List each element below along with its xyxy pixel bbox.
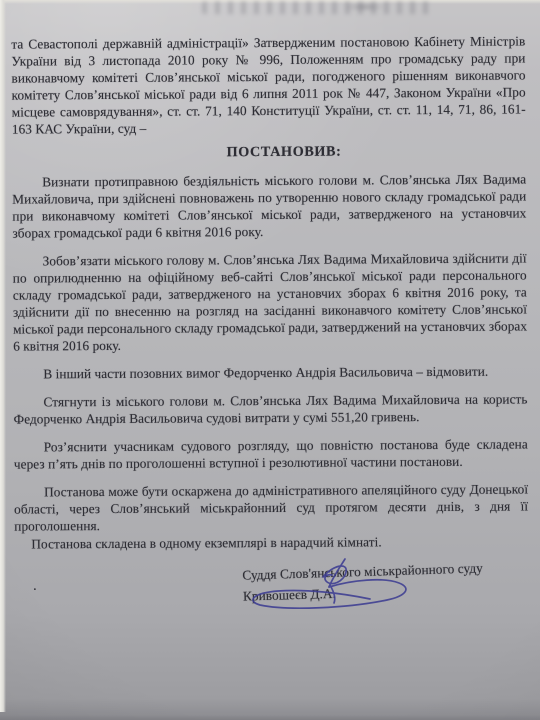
paragraph-oblige-mayor: Зобов’язати міського голову м. Слов’янсь… <box>13 249 528 354</box>
paragraph-clarify-terms: Роз’яснити учасникам судового розгляду, … <box>14 435 528 472</box>
paragraph-deny-rest: В інший части позовних вимог Федорченко … <box>13 362 527 382</box>
paper-edge-bottom <box>0 715 540 720</box>
intro-paragraph: та Севастополі державній адміністрації» … <box>11 32 526 137</box>
paragraph-recognize-inaction: Визнати протиправною бездіяльність міськ… <box>12 170 526 241</box>
document-text: та Севастополі державній адміністрації» … <box>11 32 528 604</box>
paper-edge-left <box>0 0 6 712</box>
signature-block: Суддя Слов'янського міськрайонного суду … <box>242 556 529 607</box>
ink-showthrough-smudge <box>202 1 434 14</box>
paragraph-recover-costs: Стягнути із міського голови м. Слов’янсь… <box>13 390 527 427</box>
paragraph-appeal: Постанова може бути оскаржена до адмініс… <box>14 480 528 534</box>
document-photo: та Севастополі державній адміністрації» … <box>0 0 540 720</box>
stray-dot: . <box>33 578 37 595</box>
resolution-heading: ПОСТАНОВИВ: <box>12 142 526 162</box>
paragraph-single-copy: Постанова складена в одному екземплярі в… <box>14 532 528 552</box>
